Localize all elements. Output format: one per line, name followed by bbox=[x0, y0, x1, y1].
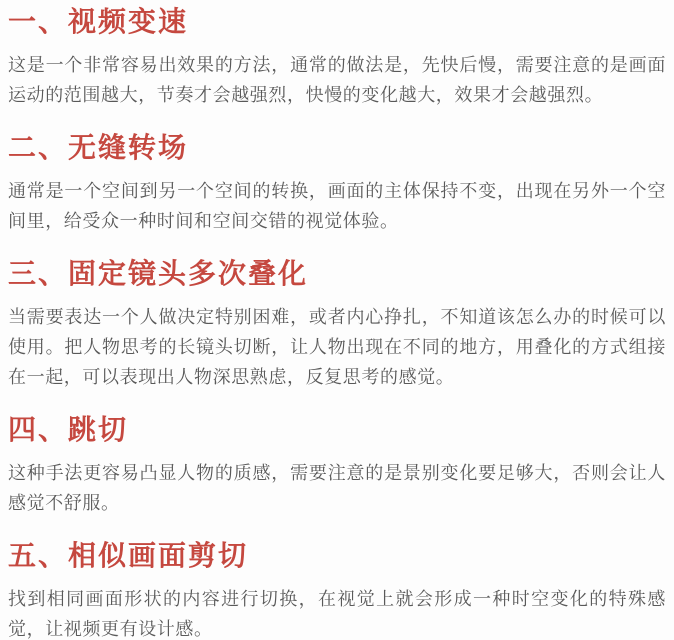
section-heading: 一、视频变速 bbox=[8, 4, 666, 40]
section-jump-cut: 四、跳切 这种手法更容易凸显人物的质感，需要注意的是景别变化要足够大，否则会让人… bbox=[8, 412, 666, 518]
section-body: 这是一个非常容易出效果的方法，通常的做法是，先快后慢，需要注意的是画面运动的范围… bbox=[8, 50, 666, 110]
article: 一、视频变速 这是一个非常容易出效果的方法，通常的做法是，先快后慢，需要注意的是… bbox=[0, 0, 674, 640]
section-heading: 三、固定镜头多次叠化 bbox=[8, 256, 666, 292]
section-body: 当需要表达一个人做决定特别困难，或者内心挣扎，不知道该怎么办的时候可以使用。把人… bbox=[8, 302, 666, 392]
section-seamless-transition: 二、无缝转场 通常是一个空间到另一个空间的转换，画面的主体保持不变，出现在另外一… bbox=[8, 130, 666, 236]
section-body: 找到相同画面形状的内容进行切换，在视觉上就会形成一种时空变化的特殊感觉，让视频更… bbox=[8, 584, 666, 640]
section-fixed-shot-dissolve: 三、固定镜头多次叠化 当需要表达一个人做决定特别困难，或者内心挣扎，不知道该怎么… bbox=[8, 256, 666, 392]
section-heading: 二、无缝转场 bbox=[8, 130, 666, 166]
section-heading: 四、跳切 bbox=[8, 412, 666, 448]
section-body: 通常是一个空间到另一个空间的转换，画面的主体保持不变，出现在另外一个空间里，给受… bbox=[8, 176, 666, 236]
section-video-speed: 一、视频变速 这是一个非常容易出效果的方法，通常的做法是，先快后慢，需要注意的是… bbox=[8, 4, 666, 110]
section-heading: 五、相似画面剪切 bbox=[8, 538, 666, 574]
section-body: 这种手法更容易凸显人物的质感，需要注意的是景别变化要足够大，否则会让人感觉不舒服… bbox=[8, 458, 666, 518]
section-similar-frame-cut: 五、相似画面剪切 找到相同画面形状的内容进行切换，在视觉上就会形成一种时空变化的… bbox=[8, 538, 666, 640]
